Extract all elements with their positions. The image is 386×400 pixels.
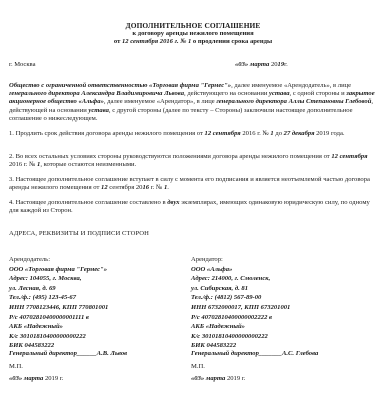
text: , действующего на основании <box>184 90 269 97</box>
document-subtitle: к договору аренды нежилого помещения <box>0 30 386 38</box>
party-address: Адрес: 214000, г. Смоленск, <box>191 275 371 285</box>
party-street: ул. Сибирская, д. 81 <box>191 285 371 295</box>
party-role: Арендодатель: <box>9 256 189 266</box>
text: 2. Во всех остальных условиях стороны ру… <box>9 153 331 160</box>
party-inn-kpp: ИНН 6732000017, КПП 673201001 <box>191 304 371 314</box>
party-name: ООО «Торговая фирма "Гермес"» <box>9 266 189 276</box>
date-day: «03» марта <box>9 375 43 382</box>
text: 2016 г. № <box>9 161 37 168</box>
party-account: Р/с 40702810400000001111 в <box>9 314 189 324</box>
clause-1: 1. Продлить срок действия договора аренд… <box>9 130 379 138</box>
date: 12 сентября <box>205 130 241 137</box>
text: 3. Настоящее дополнительное соглашение в… <box>9 176 370 191</box>
party-inn-kpp: ИНН 7708123446, КПП 770801001 <box>9 304 189 314</box>
date-year: 2019 г. <box>43 375 63 382</box>
text: 2016 г. № <box>241 130 271 137</box>
section-title: АДРЕСА, РЕКВИЗИТЫ И ПОДПИСИ СТОРОН <box>9 230 149 238</box>
stamp-place: М.П. <box>191 363 371 376</box>
clause-3: 3. Настоящее дополнительное соглашение в… <box>9 176 379 192</box>
date: 27 декабря <box>284 130 315 137</box>
text: г. № <box>149 184 164 191</box>
party-corr-account: К/с 30101810400000000222 <box>9 333 189 343</box>
landlord-director: генерального директора Александра Владим… <box>9 90 184 97</box>
date-year-suffix: г. <box>284 61 288 68</box>
text: , далее именуемое «Арендатор», в лице <box>104 98 216 105</box>
party-phone: Тел./ф.: (495) 123-45-67 <box>9 294 189 304</box>
tenant-director: генерального директора Аллы Степановны Г… <box>216 98 371 105</box>
date: 12 сентября <box>331 153 367 160</box>
party-role: Арендатор: <box>191 256 371 266</box>
party-street: ул. Лесная, д. 69 <box>9 285 189 295</box>
landlord-signature-block: Генеральный директор______А.В. Львов М.П… <box>9 350 189 388</box>
text: сентября 20 <box>108 184 143 191</box>
clause-2: 2. Во всех остальных условиях стороны ру… <box>9 153 379 169</box>
tenant-signature-block: Генеральный директор_______А.С. Глебова … <box>191 350 371 388</box>
text: 1. Продлить срок действия договора аренд… <box>9 130 205 137</box>
text: 2019 года. <box>314 130 344 137</box>
signature-line: Генеральный директор_______А.С. Глебова <box>191 350 371 363</box>
date: 12 <box>101 184 108 191</box>
basis: устава <box>269 90 289 97</box>
text: . <box>167 184 169 191</box>
document-subtitle-date: от 12 сентября 2016 г. № 1 о продлении с… <box>0 38 386 46</box>
party-bank: АКБ «Надежный» <box>191 323 371 333</box>
text: , далее именуемое «Арендодатель», в лице <box>231 82 351 89</box>
landlord-details: Арендодатель: ООО «Торговая фирма "Герме… <box>9 256 189 352</box>
document-title: ДОПОЛНИТЕЛЬНОЕ СОГЛАШЕНИЕ <box>0 21 386 30</box>
party-address: Адрес: 104055, г. Москва, <box>9 275 189 285</box>
signature-date: «03» марта 2019 г. <box>191 375 371 388</box>
document-header: ДОПОЛНИТЕЛЬНОЕ СОГЛАШЕНИЕ к договору аре… <box>0 21 386 47</box>
party-name: ООО «Альфа» <box>191 266 371 276</box>
party-account: Р/с 40702810400000002222 в <box>191 314 371 324</box>
document-date: «03» марта 2019г. <box>235 61 288 69</box>
contract-date: 12 сентября 2016 г. № 1 <box>122 38 191 45</box>
subtitle-prefix: от <box>114 38 122 45</box>
place-of-signing: г. Москва <box>9 61 36 69</box>
basis: устава <box>88 107 108 114</box>
document-page: ДОПОЛНИТЕЛЬНОЕ СОГЛАШЕНИЕ к договору аре… <box>0 0 386 400</box>
text: до <box>274 130 284 137</box>
party-bank: АКБ «Надежный» <box>9 323 189 333</box>
party-corr-account: К/с 30101810400000000222 <box>191 333 371 343</box>
clause-4: 4. Настоящее дополнительное соглашение с… <box>9 199 379 215</box>
copies: двух <box>167 199 179 206</box>
text: , которые остаются неизменными. <box>40 161 136 168</box>
stamp-place: М.П. <box>9 363 189 376</box>
intro-paragraph: Общество с ограниченной ответственностью… <box>9 82 379 123</box>
date-day: «03» марта <box>191 375 225 382</box>
text: , с одной стороны и <box>290 90 347 97</box>
date-year: 2019 г. <box>225 375 245 382</box>
date-day: «03» марта <box>235 61 269 68</box>
tenant-details: Арендатор: ООО «Альфа» Адрес: 214000, г.… <box>191 256 371 352</box>
signature-line: Генеральный директор______А.В. Львов <box>9 350 189 363</box>
subtitle-suffix: о продлении срока аренды <box>191 38 272 45</box>
date-year-prefix: 20 <box>269 61 277 68</box>
signature-date: «03» марта 2019 г. <box>9 375 189 388</box>
landlord-full-name: Общество с ограниченной ответственностью… <box>9 82 231 89</box>
party-phone: Тел./ф.: (4812) 567-89-00 <box>191 294 371 304</box>
text: 4. Настоящее дополнительное соглашение с… <box>9 199 167 206</box>
